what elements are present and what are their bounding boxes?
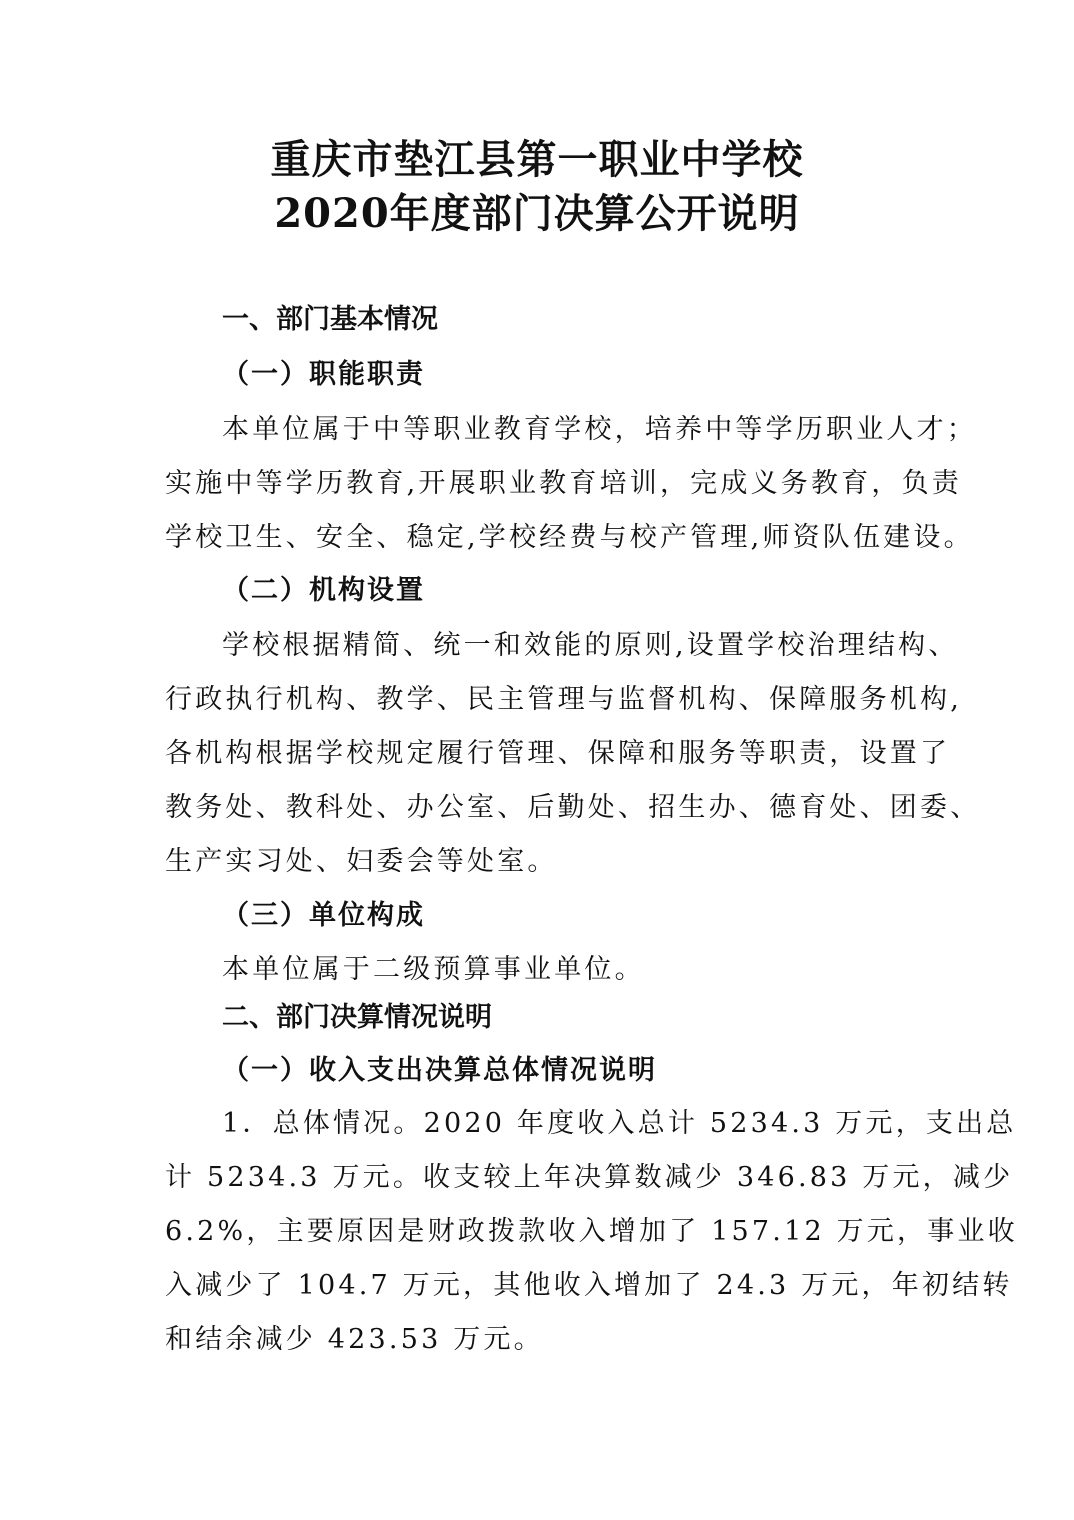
paragraph-line: 1．总体情况。2020 年度收入总计 5234.3 万元，支出总: [222, 1110, 982, 1137]
paragraph-line: 6.2%，主要原因是财政拨款收入增加了 157.12 万元，事业收: [165, 1218, 925, 1245]
subsection-heading-organization: （二）机构设置: [222, 577, 425, 604]
section-heading-basic-info: 一、部门基本情况: [222, 306, 438, 333]
paragraph-line: 生产实习处、妇委会等处室。: [165, 848, 925, 875]
paragraph-line: 行政执行机构、教学、民主管理与监督机构、保障服务机构,: [165, 686, 925, 713]
paragraph-line: 入减少了 104.7 万元，其他收入增加了 24.3 万元，年初结转: [165, 1272, 925, 1299]
paragraph-line: 本单位属于二级预算事业单位。: [222, 956, 982, 983]
paragraph-line: 教务处、教科处、办公室、后勤处、招生办、德育处、团委、: [165, 794, 925, 821]
subsection-heading-functions: （一）职能职责: [222, 361, 425, 388]
paragraph-line: 学校卫生、安全、稳定,学校经费与校产管理,师资队伍建设。: [165, 524, 925, 551]
paragraph-line: 实施中等学历教育,开展职业教育培训，完成义务教育，负责: [165, 470, 925, 497]
subsection-heading-unit-composition: （三）单位构成: [222, 902, 425, 929]
paragraph-line: 本单位属于中等职业教育学校，培养中等学历职业人才；: [222, 416, 925, 443]
paragraph-line: 各机构根据学校规定履行管理、保障和服务等职责，设置了: [165, 740, 925, 767]
paragraph-line: 和结余减少 423.53 万元。: [165, 1326, 925, 1353]
subsection-heading-income-expenditure: （一）收入支出决算总体情况说明: [222, 1057, 657, 1084]
section-heading-final-accounts: 二、部门决算情况说明: [222, 1004, 492, 1031]
document-title-line1: 重庆市垫江县第一职业中学校: [0, 140, 1074, 180]
paragraph-line: 计 5234.3 万元。收支较上年决算数减少 346.83 万元，减少: [165, 1164, 925, 1191]
paragraph-line: 学校根据精简、统一和效能的原则,设置学校治理结构、: [222, 632, 982, 659]
document-title-line2: 2020年度部门决算公开说明: [0, 194, 1074, 234]
